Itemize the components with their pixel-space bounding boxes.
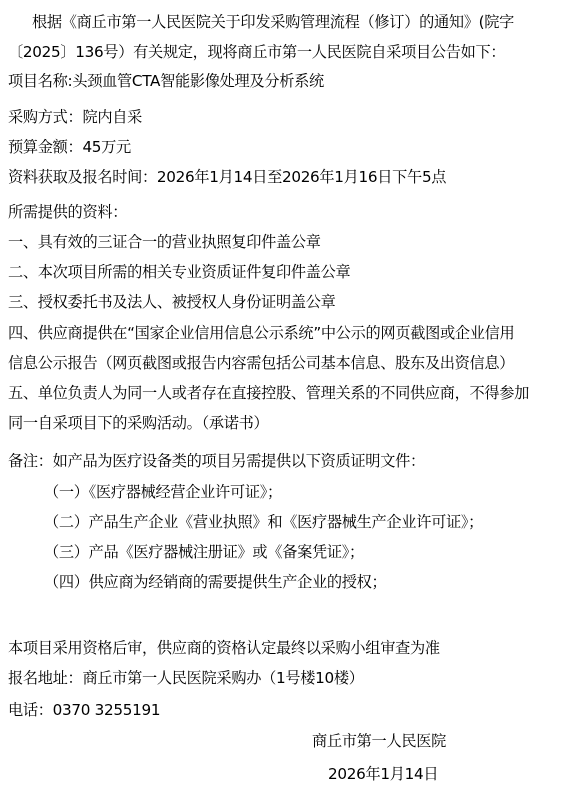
intro-line-2: 〔2025〕136号）有关规定，现将商丘市第一人民医院自采项目公告如下：: [8, 42, 505, 62]
material-item-4-line-2: 信息公示报告（网页截图或报告内容需包括公司基本信息、股东及出资信息）: [8, 353, 514, 373]
registration-address: 报名地址：商丘市第一人民医院采购办（1号楼10楼）: [8, 668, 364, 688]
remark: 备注：如产品为医疗设备类的项目另需提供以下资质证明文件：: [8, 451, 425, 471]
material-item-5-line-2: 同一自采项目下的采购活动。（承诺书）: [8, 413, 268, 433]
material-item-5-line-1: 五、单位负责人为同一人或者存在直接控股、管理关系的不同供应商，不得参加: [8, 383, 529, 403]
remark-item-3: （三）产品《医疗器械注册证》或《备案凭证》；: [44, 542, 364, 562]
budget-amount: 预算金额：45万元: [8, 137, 131, 157]
intro-line-1: 根据《商丘市第一人民医院关于印发采购管理流程（修订）的通知》(院字: [32, 12, 514, 32]
remark-item-4: （四）供应商为经销商的需要提供生产企业的授权；: [44, 572, 386, 592]
materials-heading: 所需提供的资料：: [8, 202, 127, 222]
remark-item-2: （二）产品生产企业《营业执照》和《医疗器械生产企业许可证》；: [44, 512, 483, 532]
project-name: 项目名称:头颈血管CTA智能影像处理及分析系统: [8, 71, 324, 91]
material-item-3: 三、授权委托书及法人、被授权人身份证明盖公章: [8, 292, 336, 312]
issuer-signature: 商丘市第一人民医院: [312, 731, 446, 751]
registration-time: 资料获取及报名时间：2026年1月14日至2026年1月16日下午5点: [8, 167, 446, 187]
remark-item-1: （一）《医疗器械经营企业许可证》；: [44, 482, 282, 502]
phone-number: 电话：0370 3255191: [8, 700, 160, 720]
material-item-2: 二、本次项目所需的相关专业资质证件复印件盖公章: [8, 262, 350, 282]
material-item-1: 一、具有效的三证合一的营业执照复印件盖公章: [8, 232, 321, 252]
procurement-notice-document: 根据《商丘市第一人民医院关于印发采购管理流程（修订）的通知》(院字 〔2025〕…: [0, 0, 568, 798]
procurement-method: 采购方式：院内自采: [8, 107, 142, 127]
review-note: 本项目采用资格后审，供应商的资格认定最终以采购小组审查为准: [8, 638, 440, 658]
issue-date: 2026年1月14日: [328, 764, 438, 784]
material-item-4-line-1: 四、供应商提供在“国家企业信用信息公示系统”中公示的网页截图或企业信用: [8, 323, 514, 343]
